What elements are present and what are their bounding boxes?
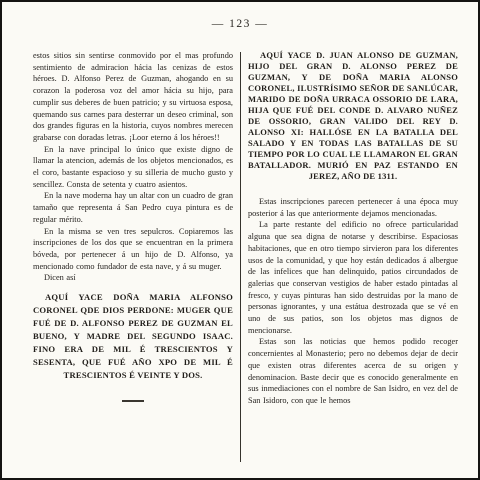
paragraph: La parte restante del edificio no ofrece… [248, 219, 458, 336]
page-number: — 123 — [2, 18, 478, 30]
right-column: AQUÍ YACE D. JUAN ALONSO DE GUZMAN, HIJO… [241, 50, 458, 462]
spacer [248, 182, 458, 196]
section-divider-rule [122, 400, 144, 402]
paragraph: Estas inscripciones parecen pertenecer á… [248, 196, 458, 219]
inscription-maria-alfonso-coronel: AQUÍ YACE DOÑA MARIA ALFONSO CORONEL QDE… [33, 291, 233, 382]
paragraph: Estas son las noticias que hemos podido … [248, 336, 458, 406]
book-page: — 123 — estos sitios sin sentirse conmov… [0, 0, 480, 480]
left-column: estos sitios sin sentirse conmovido por … [33, 50, 240, 462]
paragraph: En la nave principal lo único que existe… [33, 144, 233, 191]
paragraph: estos sitios sin sentirse conmovido por … [33, 50, 233, 144]
two-column-layout: estos sitios sin sentirse conmovido por … [33, 50, 458, 462]
inscription-juan-alonso-de-guzman: AQUÍ YACE D. JUAN ALONSO DE GUZMAN, HIJO… [248, 50, 458, 182]
paragraph: En la misma se ven tres sepulcros. Copia… [33, 226, 233, 273]
inscription-intro: Dicen así [33, 272, 233, 284]
paragraph: En la nave moderna hay un altar con un c… [33, 190, 233, 225]
